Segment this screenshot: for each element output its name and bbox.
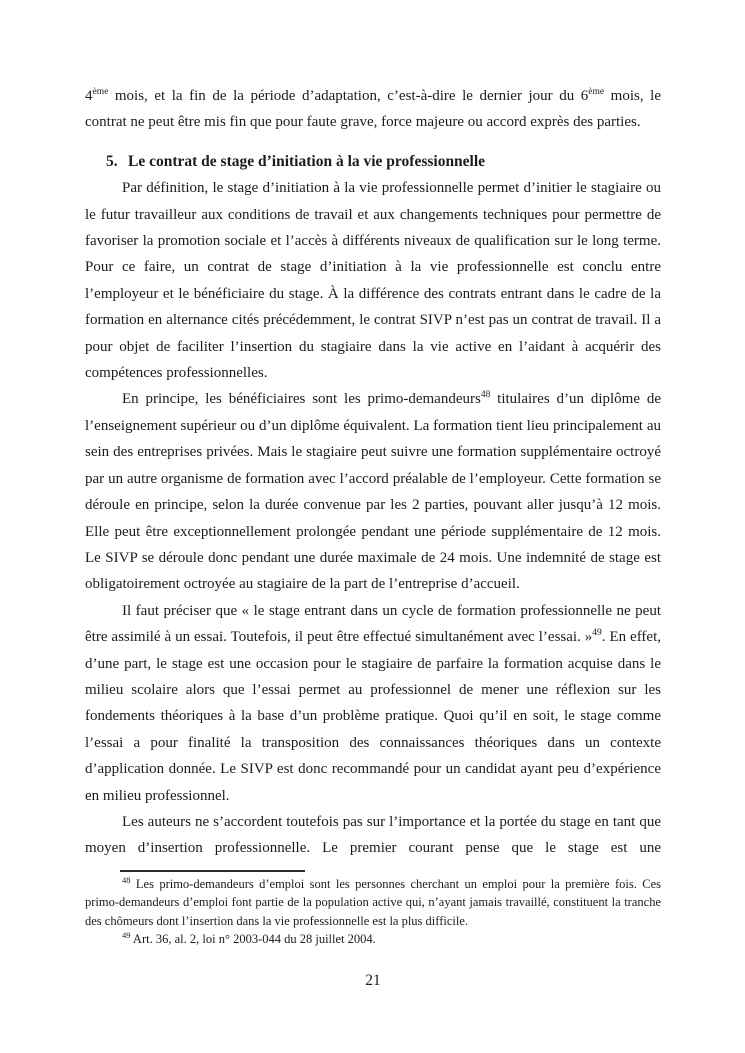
paragraph-auteurs-text: Les auteurs ne s’accordent toutefois pas… [85,814,661,856]
paragraph-precision-text: Il faut préciser que « le stage entrant … [85,603,661,645]
footnote-48: 48 Les primo-demandeurs d’emploi sont le… [85,875,661,930]
footnote-ref-48: 48 [481,390,491,400]
section-heading-number: 5. [106,149,128,175]
footnote-49-marker: 49 [122,930,131,940]
ordinal-superscript: ème [93,87,109,97]
ordinal-superscript: ème [588,87,604,97]
footnote-ref-49: 49 [592,628,602,638]
paragraph-continuation-text: 4 [85,88,93,104]
paragraph-auteurs: Les auteurs ne s’accordent toutefois pas… [85,809,661,862]
paragraph-precision-text: . En effet, d’une part, le stage est une… [85,629,661,803]
page-number: 21 [85,972,661,990]
body-text: 4ème mois, et la fin de la période d’ada… [85,83,661,862]
paragraph-continuation-text: mois, et la fin de la période d’adaptati… [108,88,588,104]
document-page: 4ème mois, et la fin de la période d’ada… [0,0,745,1053]
footnote-48-marker: 48 [122,875,131,885]
paragraph-definition-text: Par définition, le stage d’initiation à … [85,180,661,381]
paragraph-definition: Par définition, le stage d’initiation à … [85,175,661,386]
paragraph-beneficiaires-text: En principe, les bénéficiaires sont les … [122,391,481,407]
footnote-48-text: Les primo-demandeurs d’emploi sont les p… [85,877,661,928]
paragraph-beneficiaires: En principe, les bénéficiaires sont les … [85,386,661,597]
paragraph-precision: Il faut préciser que « le stage entrant … [85,598,661,809]
footnote-separator [120,870,305,872]
section-heading: 5.Le contrat de stage d’initiation à la … [106,149,661,175]
section-heading-title: Le contrat de stage d’initiation à la vi… [128,153,485,170]
paragraph-beneficiaires-text: titulaires d’un diplôme de l’enseignemen… [85,391,661,592]
footnote-49: 49 Art. 36, al. 2, loi n° 2003-044 du 28… [85,930,661,948]
footnote-49-text: Art. 36, al. 2, loi n° 2003-044 du 28 ju… [131,932,376,946]
footnotes-section: 48 Les primo-demandeurs d’emploi sont le… [85,870,661,949]
paragraph-continuation: 4ème mois, et la fin de la période d’ada… [85,83,661,136]
